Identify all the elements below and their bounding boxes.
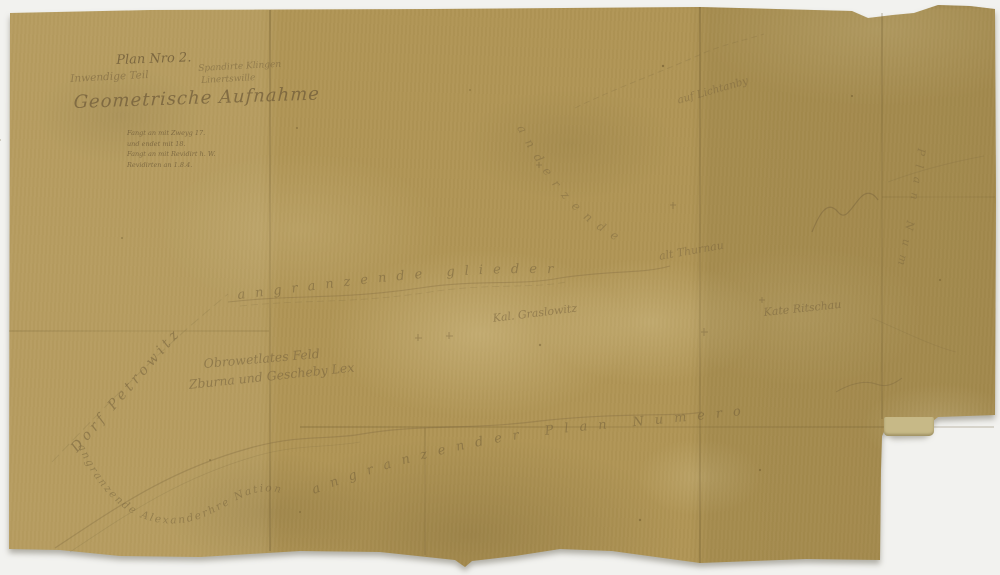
survey-note-line: und endet mit 18.	[127, 139, 215, 150]
survey-notes-block: Fangt an mit Zweyg 17. und endet mit 18.…	[127, 128, 215, 170]
map-scan: angranzende glieder anderzende angranzen…	[0, 0, 1000, 575]
plan-number-label: Plan Nro 2.	[116, 50, 192, 68]
paper-sheet-wrap	[0, 0, 1000, 575]
survey-note-line: Revidirten an 1.8.4.	[127, 160, 215, 171]
survey-note-line: Fangt an mit Zweyg 17.	[127, 128, 215, 139]
paper-edge-tab	[884, 417, 934, 436]
survey-note-line: Fangt an mit Revidirt h. W.	[127, 149, 215, 160]
paper-sheet	[0, 0, 1000, 575]
